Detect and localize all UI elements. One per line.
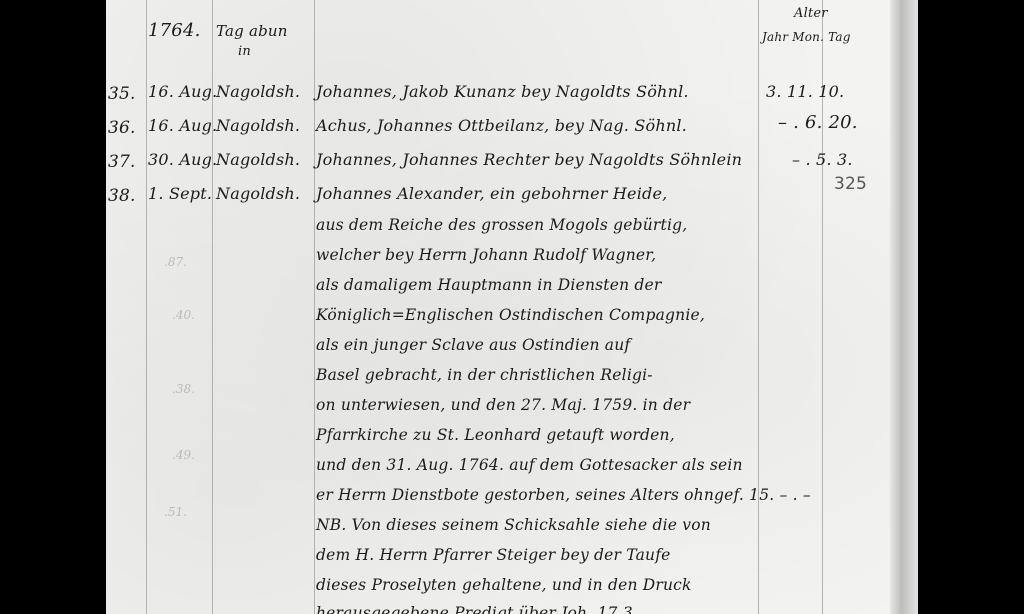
entry-age: – . 5. 3.	[792, 150, 853, 169]
entry-place: Nagoldsh.	[216, 116, 300, 135]
bleed-through-mark: .87.	[164, 255, 187, 269]
page-binding-edge	[890, 0, 918, 614]
entry-body-line: als ein junger Sclave aus Ostindien auf	[316, 336, 630, 354]
entry-body-line: aus dem Reiche des grossen Mogols gebürt…	[316, 216, 687, 234]
entry-text: Johannes, Jakob Kunanz bey Nagoldts Söhn…	[316, 82, 689, 101]
entry-age: 3. 11. 10.	[766, 82, 844, 101]
entry-place: Nagoldsh.	[216, 184, 300, 203]
column-rule	[146, 0, 147, 614]
column-rule	[314, 0, 315, 614]
bleed-through-mark: .38.	[172, 382, 195, 396]
entry-age: – . 6. 20.	[778, 112, 858, 133]
pencil-annotation: 325	[834, 174, 867, 194]
entry-number: 37.	[108, 152, 136, 172]
entry-date: 30. Aug.	[148, 150, 217, 169]
entry-number: 36.	[108, 118, 136, 138]
entry-body-line: Pfarrkirche zu St. Leonhard getauft word…	[316, 426, 675, 444]
entry-body-line: dieses Proselyten gehaltene, und in den …	[316, 576, 692, 594]
entry-body-line: Basel gebracht, in der christlichen Reli…	[316, 366, 653, 384]
entry-number: 38.	[108, 186, 136, 206]
entry-text: Johannes, Johannes Rechter bey Nagoldts …	[316, 150, 742, 169]
entry-body-line: dem H. Herrn Pfarrer Steiger bey der Tau…	[316, 546, 671, 564]
entry-body-line: NB. Von dieses seinem Schicksahle siehe …	[316, 516, 711, 534]
bleed-through-mark: .51.	[164, 505, 187, 519]
entry-body-line: als damaligem Hauptmann in Diensten der	[316, 276, 662, 294]
entry-body-line: Königlich=Englischen Ostindischen Compag…	[316, 306, 705, 324]
year-header: 1764.	[148, 20, 201, 41]
entry-place: Nagoldsh.	[216, 150, 300, 169]
bleed-through-mark: .49.	[172, 448, 195, 462]
register-page: .87. .40. .38. .49. .51. 1764. Tag abun …	[106, 0, 918, 614]
entry-date: 16. Aug.	[148, 82, 217, 101]
entry-body-line: herausgegebene Predigt über Joh. 17,3.	[316, 604, 638, 614]
entry-date: 16. Aug.	[148, 116, 217, 135]
entry-number: 35.	[108, 84, 136, 104]
column-header-day: Tag abun	[216, 22, 288, 40]
entry-body-line: on unterwiesen, und den 27. Maj. 1759. i…	[316, 396, 690, 414]
entry-body-line: und den 31. Aug. 1764. auf dem Gottesack…	[316, 456, 743, 474]
column-header-age-units: Jahr Mon. Tag	[762, 30, 851, 44]
column-header-day-sub: in	[238, 44, 251, 59]
entry-body-line: er Herrn Dienstbote gestorben, seines Al…	[316, 486, 811, 504]
entry-place: Nagoldsh.	[216, 82, 300, 101]
entry-body-line: welcher bey Herrn Johann Rudolf Wagner,	[316, 246, 656, 264]
entry-date: 1. Sept.	[148, 184, 212, 203]
entry-text: Achus, Johannes Ottbeilanz, bey Nag. Söh…	[316, 116, 687, 135]
column-header-age: Alter	[794, 6, 828, 21]
bleed-through-mark: .40.	[172, 308, 195, 322]
column-rule	[758, 0, 759, 614]
entry-text: Johannes Alexander, ein gebohrner Heide,	[316, 184, 667, 203]
